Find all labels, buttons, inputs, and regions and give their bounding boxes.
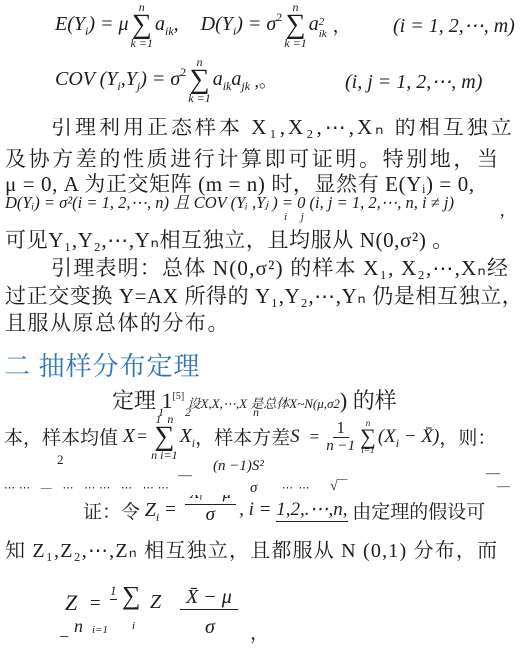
math-token: n xyxy=(74,616,83,637)
math-token: ,Y xyxy=(121,68,137,91)
math-token: Xᵢ − μ xyxy=(190,495,232,503)
math-token: 1,2,.⋯,n, xyxy=(276,498,347,522)
math-token: = xyxy=(137,426,147,447)
math-subscript: i xyxy=(192,436,195,451)
math-subscript: i xyxy=(85,24,88,39)
sigma-icon: ∑ xyxy=(190,68,210,92)
sigma-icon: ∑ xyxy=(360,428,376,447)
math-token: D(Y xyxy=(201,13,233,36)
math-token: , xyxy=(500,200,505,221)
theorem-inline-text: 设X,X,⋯,X 是总体X~N(μ,σ2 xyxy=(184,393,340,412)
math-token: ) = xyxy=(140,68,170,91)
math-token: = xyxy=(159,499,181,521)
proof-label: 证：令 xyxy=(83,497,145,524)
paragraph-line: 且服从原总体的分布。 xyxy=(5,307,511,337)
illegible-fragment: (n −1)S² xyxy=(213,458,264,475)
math-token: a xyxy=(155,13,165,36)
math-token: − X̄) xyxy=(399,426,439,448)
math-token: E(Y xyxy=(55,13,85,36)
paragraph-line: 引理表明：总体 N(0,σ²) 的样本 X₁, X₂,⋯,Xₙ经 xyxy=(5,252,511,282)
fraction-denominator: σ xyxy=(205,616,215,639)
summation-symbol: n ∑ k =1 xyxy=(188,56,210,104)
paragraph-line: 引理利用正态样本 X₁,X₂,⋯,Xₙ 的相互独立性 xyxy=(5,118,511,140)
illegible-fragment: ⋯⋯ — ⋯ ⋯⋯ ⋯ ⋯⋯ xyxy=(4,481,173,493)
paragraph-line: 可见Y₁,Y₂,⋯,Yₙ相互独立，且均服从 N(0,σ²) 。 xyxy=(5,224,511,254)
clipped-text-line: D(Yᵢ) = σ²(i = 1, 2,⋯, n) 且 COV (Yᵢ ,Yⱼ … xyxy=(5,192,511,212)
illegible-fragment: _ xyxy=(60,620,68,640)
math-token: a xyxy=(231,68,241,91)
math-token: Z xyxy=(145,499,156,522)
math-subscript: i j xyxy=(284,211,304,223)
sigma-icon: ∑ xyxy=(122,581,141,611)
section-heading: 二 抽样分布定理 xyxy=(4,346,201,383)
fraction: 1 n −1 xyxy=(326,419,355,455)
fraction-numerator: X̄ − μ xyxy=(180,586,238,610)
math-token: = xyxy=(310,427,320,447)
sigma-icon: ∑ xyxy=(132,13,152,37)
paragraph-line: 过正交变换 Y=AX 所得的 Y₁,Y₂,⋯,Yₙ 仍是相互独立， xyxy=(5,280,511,310)
math-token: ， xyxy=(250,618,269,645)
proof-line: 知 Z₁,Z₂,⋯,Zₙ 相互独立，且都服从 N (0,1) 分布，而 xyxy=(5,534,511,563)
sigma-icon: ∑ xyxy=(154,425,174,449)
formula-expectation-variance: E(Y i ) = μ n ∑ k =1 a ik , D(Y i ) = σ … xyxy=(55,1,351,49)
math-token: ,。 xyxy=(250,67,277,93)
math-token: (X xyxy=(378,426,396,448)
citation-marker: [5] xyxy=(173,391,185,402)
math-token: ， xyxy=(333,12,351,38)
sigma-icon: ∑ xyxy=(286,13,306,37)
sum-lower-limit: n i=1 xyxy=(151,449,177,461)
math-token: , i = xyxy=(239,499,276,521)
math-token: , xyxy=(174,13,179,36)
math-superscript: 2 xyxy=(276,10,282,25)
clipped-text-line: 引理利用正态样本 X₁,X₂,⋯,Xₙ 的相互独立性 xyxy=(5,118,511,140)
math-subscript: i xyxy=(132,620,135,632)
fraction-denominator: σ xyxy=(206,505,215,526)
illegible-fragment: — xyxy=(497,478,510,493)
math-token: μ xyxy=(119,13,129,36)
math-token: X xyxy=(180,425,192,448)
math-token: σ xyxy=(266,13,276,36)
sum-lower-limit: i=1 xyxy=(361,446,374,455)
illegible-fragment: ⋯ ⋯ xyxy=(282,481,310,493)
math-token: X xyxy=(123,425,135,448)
math-token: a xyxy=(213,68,223,91)
summation-symbol: n ∑ k =1 xyxy=(284,1,306,49)
theorem-formula-line: 本，样本均值 X = 1 n ∑ n i=1 X i ，样本方差 S = 1 n… xyxy=(4,413,496,461)
summation-symbol: n ∑ k =1 xyxy=(131,1,153,49)
document-page: E(Y i ) = μ n ∑ k =1 a ik , D(Y i ) = σ … xyxy=(0,0,521,661)
formula-covariance: COV (Y i ,Y j ) = σ 2 n ∑ k =1 a ik a jk… xyxy=(55,56,277,104)
math-token: = xyxy=(90,593,101,615)
fraction: Xᵢ − μ σ xyxy=(185,495,237,526)
math-token: Z xyxy=(150,591,161,614)
math-subscript: jk xyxy=(241,79,250,94)
proof-line: 证：令 Z i = Xᵢ − μ σ , i = 1,2,.⋯,n, 由定理的假… xyxy=(83,495,485,526)
math-subscript: ik xyxy=(165,24,174,39)
proof-text: 由定理的假设可 xyxy=(348,497,486,524)
fraction-denominator: n −1 xyxy=(326,438,355,455)
fraction-numerator: 1 xyxy=(333,419,349,438)
sum-lower-limit: k =1 xyxy=(284,37,306,49)
math-superscript: 2 xyxy=(180,65,186,80)
math-token: COV (Y xyxy=(55,68,117,91)
formula-condition: (i = 1, 2,⋯, m) xyxy=(393,13,515,38)
formula-condition: (i, j = 1, 2,⋯, m) xyxy=(345,69,482,94)
formula-zbar: Z = 1 ∑ Z X̄ − μ σ ， _ n i=1 i xyxy=(60,578,340,653)
summation-symbol: 1 n ∑ n i=1 xyxy=(151,413,177,461)
illegible-fragment: √‾‾ xyxy=(330,479,347,493)
paragraph-line: D(Yᵢ) = σ²(i = 1, 2,⋯, n) 且 COV (Yᵢ ,Yⱼ … xyxy=(5,192,511,212)
clipped-text-band: ⋯⋯ — ⋯ ⋯⋯ ⋯ ⋯⋯ σ ⋯ ⋯ √‾‾ — xyxy=(0,478,521,493)
math-token: S xyxy=(290,426,300,448)
illegible-fragment: 2 xyxy=(57,452,64,468)
math-subscript: i xyxy=(233,24,236,39)
math-token: ) = xyxy=(236,13,266,36)
theorem-text: ，样本方差 xyxy=(195,423,290,450)
math-subscript: ik xyxy=(319,29,327,41)
math-token: σ xyxy=(170,68,180,91)
math-subscript: i xyxy=(156,510,159,525)
illegible-fragment: σ xyxy=(250,480,257,493)
math-subscript: ik xyxy=(223,79,232,94)
theorem-text: ，则： xyxy=(439,423,496,450)
math-subscript: i xyxy=(117,79,120,94)
math-subscript: j xyxy=(137,79,140,94)
theorem-text: 本，样本均值 xyxy=(4,423,123,450)
sum-lower-limit: k =1 xyxy=(188,92,210,104)
math-token: Z xyxy=(65,590,77,616)
math-token: a xyxy=(309,13,319,36)
sum-lower-limit: k =1 xyxy=(131,37,153,49)
sum-lower-limit: i=1 xyxy=(92,624,108,636)
theorem-text: ) 的样 xyxy=(340,384,397,415)
math-token: 1 xyxy=(110,583,117,600)
math-supsub: 2 ik xyxy=(319,17,327,40)
math-subscript: i xyxy=(396,436,399,451)
summation-symbol: n ∑ i=1 xyxy=(360,419,376,456)
math-token: ) = xyxy=(88,13,118,36)
